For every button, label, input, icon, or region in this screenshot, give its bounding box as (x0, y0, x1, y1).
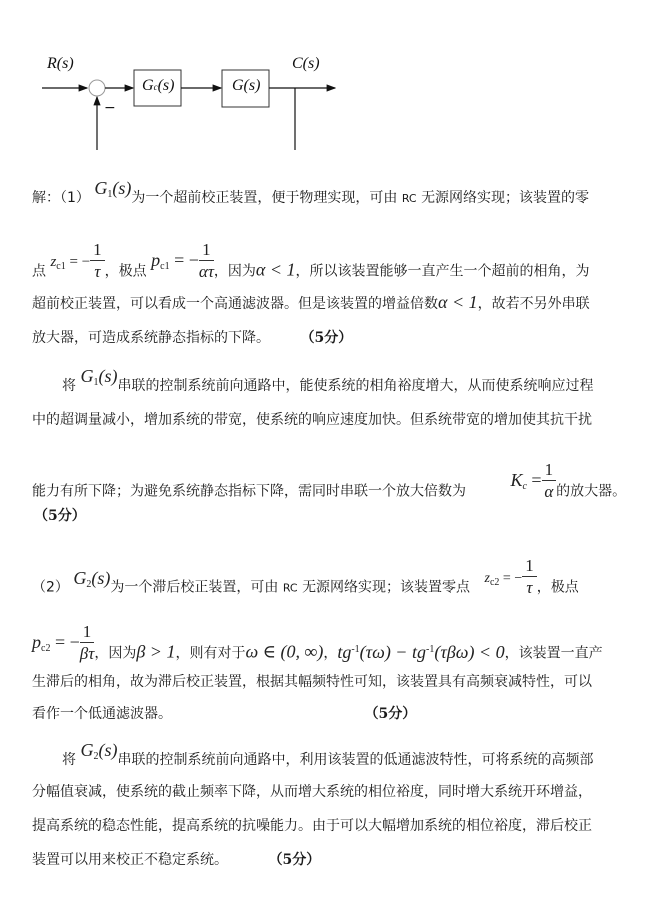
part2-text3: ，则有对于 (175, 646, 245, 662)
part2-yinwei: ，因为 (94, 646, 136, 662)
para2-text1: 串联的控制系统前向通路中，能使系统的相角裕度增大，从而使系统响应过程 (117, 378, 593, 394)
pc1-formula: pc1 = − (151, 250, 199, 270)
part1-dian: 点 (32, 264, 46, 280)
score-badge: （5分） (300, 330, 352, 346)
score-badge: （5分） (268, 852, 320, 868)
para2-jiang: 将 (62, 378, 76, 394)
para4-jiang: 将 (62, 752, 76, 768)
alpha-condition-2: α < 1 (438, 292, 478, 312)
alpha-condition: α < 1 (256, 260, 296, 280)
block-diagram-svg (0, 0, 656, 170)
part1-line4-text: 放大器，可造成系统静态指标的下降。 (32, 330, 270, 346)
pc1-fraction: 1ατ (199, 240, 214, 283)
para2-line3: 能力有所下降；为避免系统静态指标下降，需同时串联一个放大倍数为 Kc =1α的放… (32, 470, 626, 513)
pc2-formula: pc2 = − (32, 632, 80, 652)
part1-line2: 点 zc1 = −1τ，极点 pc1 = −1ατ，因为α < 1，所以该装置能… (32, 250, 590, 293)
para4-line2: 分幅值衰减，使系统的截止频率下降，从而增大系统的相位裕度，同时增大系统开环增益， (32, 782, 592, 802)
block-gc-arg: (s) (158, 77, 175, 94)
part1-text3: ，所以该装置能够一直产生一个超前的相角，为 (296, 264, 590, 280)
part2-line3: 生滞后的相角，故为滞后校正装置，根据其幅频特性可知，该装置具有高频衰减特性，可以 (32, 672, 592, 692)
para4-line4-text: 装置可以用来校正不稳定系统。 (32, 852, 228, 868)
output-label: C(s) (292, 55, 320, 73)
part1-line1: 解：（1） G1(s)为一个超前校正装置，便于物理实现，可由 RC 无源网络实现… (32, 186, 589, 213)
part1-yinwei: ，因为 (214, 264, 256, 280)
omega-range: ω ∈ (0, ∞) (245, 642, 323, 662)
para4-line2-text: 分幅值衰减，使系统的截止频率下降，从而增大系统的相位裕度，同时增大系统开环增益， (32, 784, 592, 800)
part2-line4: 看作一个低通滤波器。 （5分） (32, 704, 416, 724)
para2-line2: 中的超调量减小，增加系统的带宽，使系统的响应速度加快。但系统带宽的增加使其抗干扰 (32, 410, 592, 430)
zc1-fraction: 1τ (90, 240, 105, 283)
block-diagram: R(s) C(s) Gc(s) G(s) − (0, 0, 656, 170)
beta-condition: β > 1 (136, 642, 175, 662)
rc-label: RC (402, 192, 417, 205)
para2-line3a: 能力有所下降；为避免系统静态指标下降，需同时串联一个放大倍数为 (32, 484, 466, 500)
para2-line2-text: 中的超调量减小，增加系统的带宽，使系统的响应速度加快。但系统带宽的增加使其抗干扰 (32, 412, 592, 428)
part1-text1: 为一个超前校正装置，便于物理实现，可由 (131, 190, 397, 206)
part1-prefix: 解：（1） (32, 190, 90, 206)
part1-jidian: ，极点 (105, 264, 147, 280)
para4-text1: 串联的控制系统前向通路中，利用该装置的低通滤波特性，可将系统的高频部 (117, 752, 593, 768)
part1-line4: 放大器，可造成系统静态指标的下降。 （5分） (32, 328, 352, 348)
g1-symbol: G1(s) (94, 178, 131, 198)
part1-line3: 超前校正装置，可以看成一个高通滤波器。但是该装置的增益倍数α < 1，故若不另外… (32, 292, 590, 314)
block-gc-label: Gc(s) (142, 77, 174, 95)
part2-text4: ，该装置一直产 (505, 646, 603, 662)
kc-formula: Kc = (510, 470, 541, 490)
block-gc-main: G (142, 77, 154, 94)
part2-text1: 为一个滞后校正装置，可由 (110, 580, 278, 596)
kc-fraction: 1α (542, 460, 557, 503)
para2-line1: 将 G1(s)串联的控制系统前向通路中，能使系统的相角裕度增大，从而使系统响应过… (62, 374, 593, 401)
para4-line4: 装置可以用来校正不稳定系统。 （5分） (32, 850, 320, 870)
zc2-fraction: 1τ (522, 556, 537, 599)
part2-line3-text: 生滞后的相角，故为滞后校正装置，根据其幅频特性可知，该装置具有高频衰减特性，可以 (32, 674, 592, 690)
phase-inequality: tg-1(τω) − tg-1(τβω) < 0 (337, 642, 504, 662)
para4-line3-text: 提高系统的稳态性能，提高系统的抗噪能力。由于可以大幅增加系统的相位裕度，滞后校正 (32, 818, 592, 834)
part2-line1: （2） G2(s)为一个滞后校正装置，可由 RC 无源网络实现；该装置零点 zc… (32, 566, 579, 609)
g2-symbol: G2(s) (73, 568, 110, 588)
block-g-label: G(s) (232, 77, 260, 95)
part1-line3a: 超前校正装置，可以看成一个高通滤波器。但是该装置的增益倍数 (32, 296, 438, 312)
pc2-fraction: 1βτ (80, 622, 95, 665)
part2-comma: ， (323, 646, 337, 662)
g1-symbol-2: G1(s) (80, 366, 117, 386)
g2-symbol-2: G2(s) (80, 740, 117, 760)
part2-text2: 无源网络实现；该装置零点 (302, 580, 470, 596)
part2-line2: pc2 = −1βτ，因为β > 1，则有对于ω ∈ (0, ∞)，tg-1(τ… (32, 632, 603, 675)
para4-line1: 将 G2(s)串联的控制系统前向通路中，利用该装置的低通滤波特性，可将系统的高频… (62, 748, 593, 775)
zc2-formula: zc2 = − (485, 571, 523, 586)
zc1-formula: zc1 = − (50, 254, 90, 270)
part2-jidian: ，极点 (537, 580, 579, 596)
rc-label-2: RC (283, 582, 298, 595)
feedback-sign: − (104, 100, 116, 116)
para2-line3b: 的放大器。 (556, 484, 626, 500)
part2-line4-text: 看作一个低通滤波器。 (32, 706, 172, 722)
para2-line4: （5分） (34, 506, 86, 526)
para4-line3: 提高系统的稳态性能，提高系统的抗噪能力。由于可以大幅增加系统的相位裕度，滞后校正 (32, 816, 592, 836)
input-label: R(s) (47, 55, 74, 73)
part1-line3b: ，故若不另外串联 (478, 296, 590, 312)
part1-text2: 无源网络实现；该装置的零 (421, 190, 589, 206)
score-badge: （5分） (364, 706, 416, 722)
part2-prefix: （2） (32, 580, 69, 596)
score-badge: （5分） (34, 508, 86, 524)
